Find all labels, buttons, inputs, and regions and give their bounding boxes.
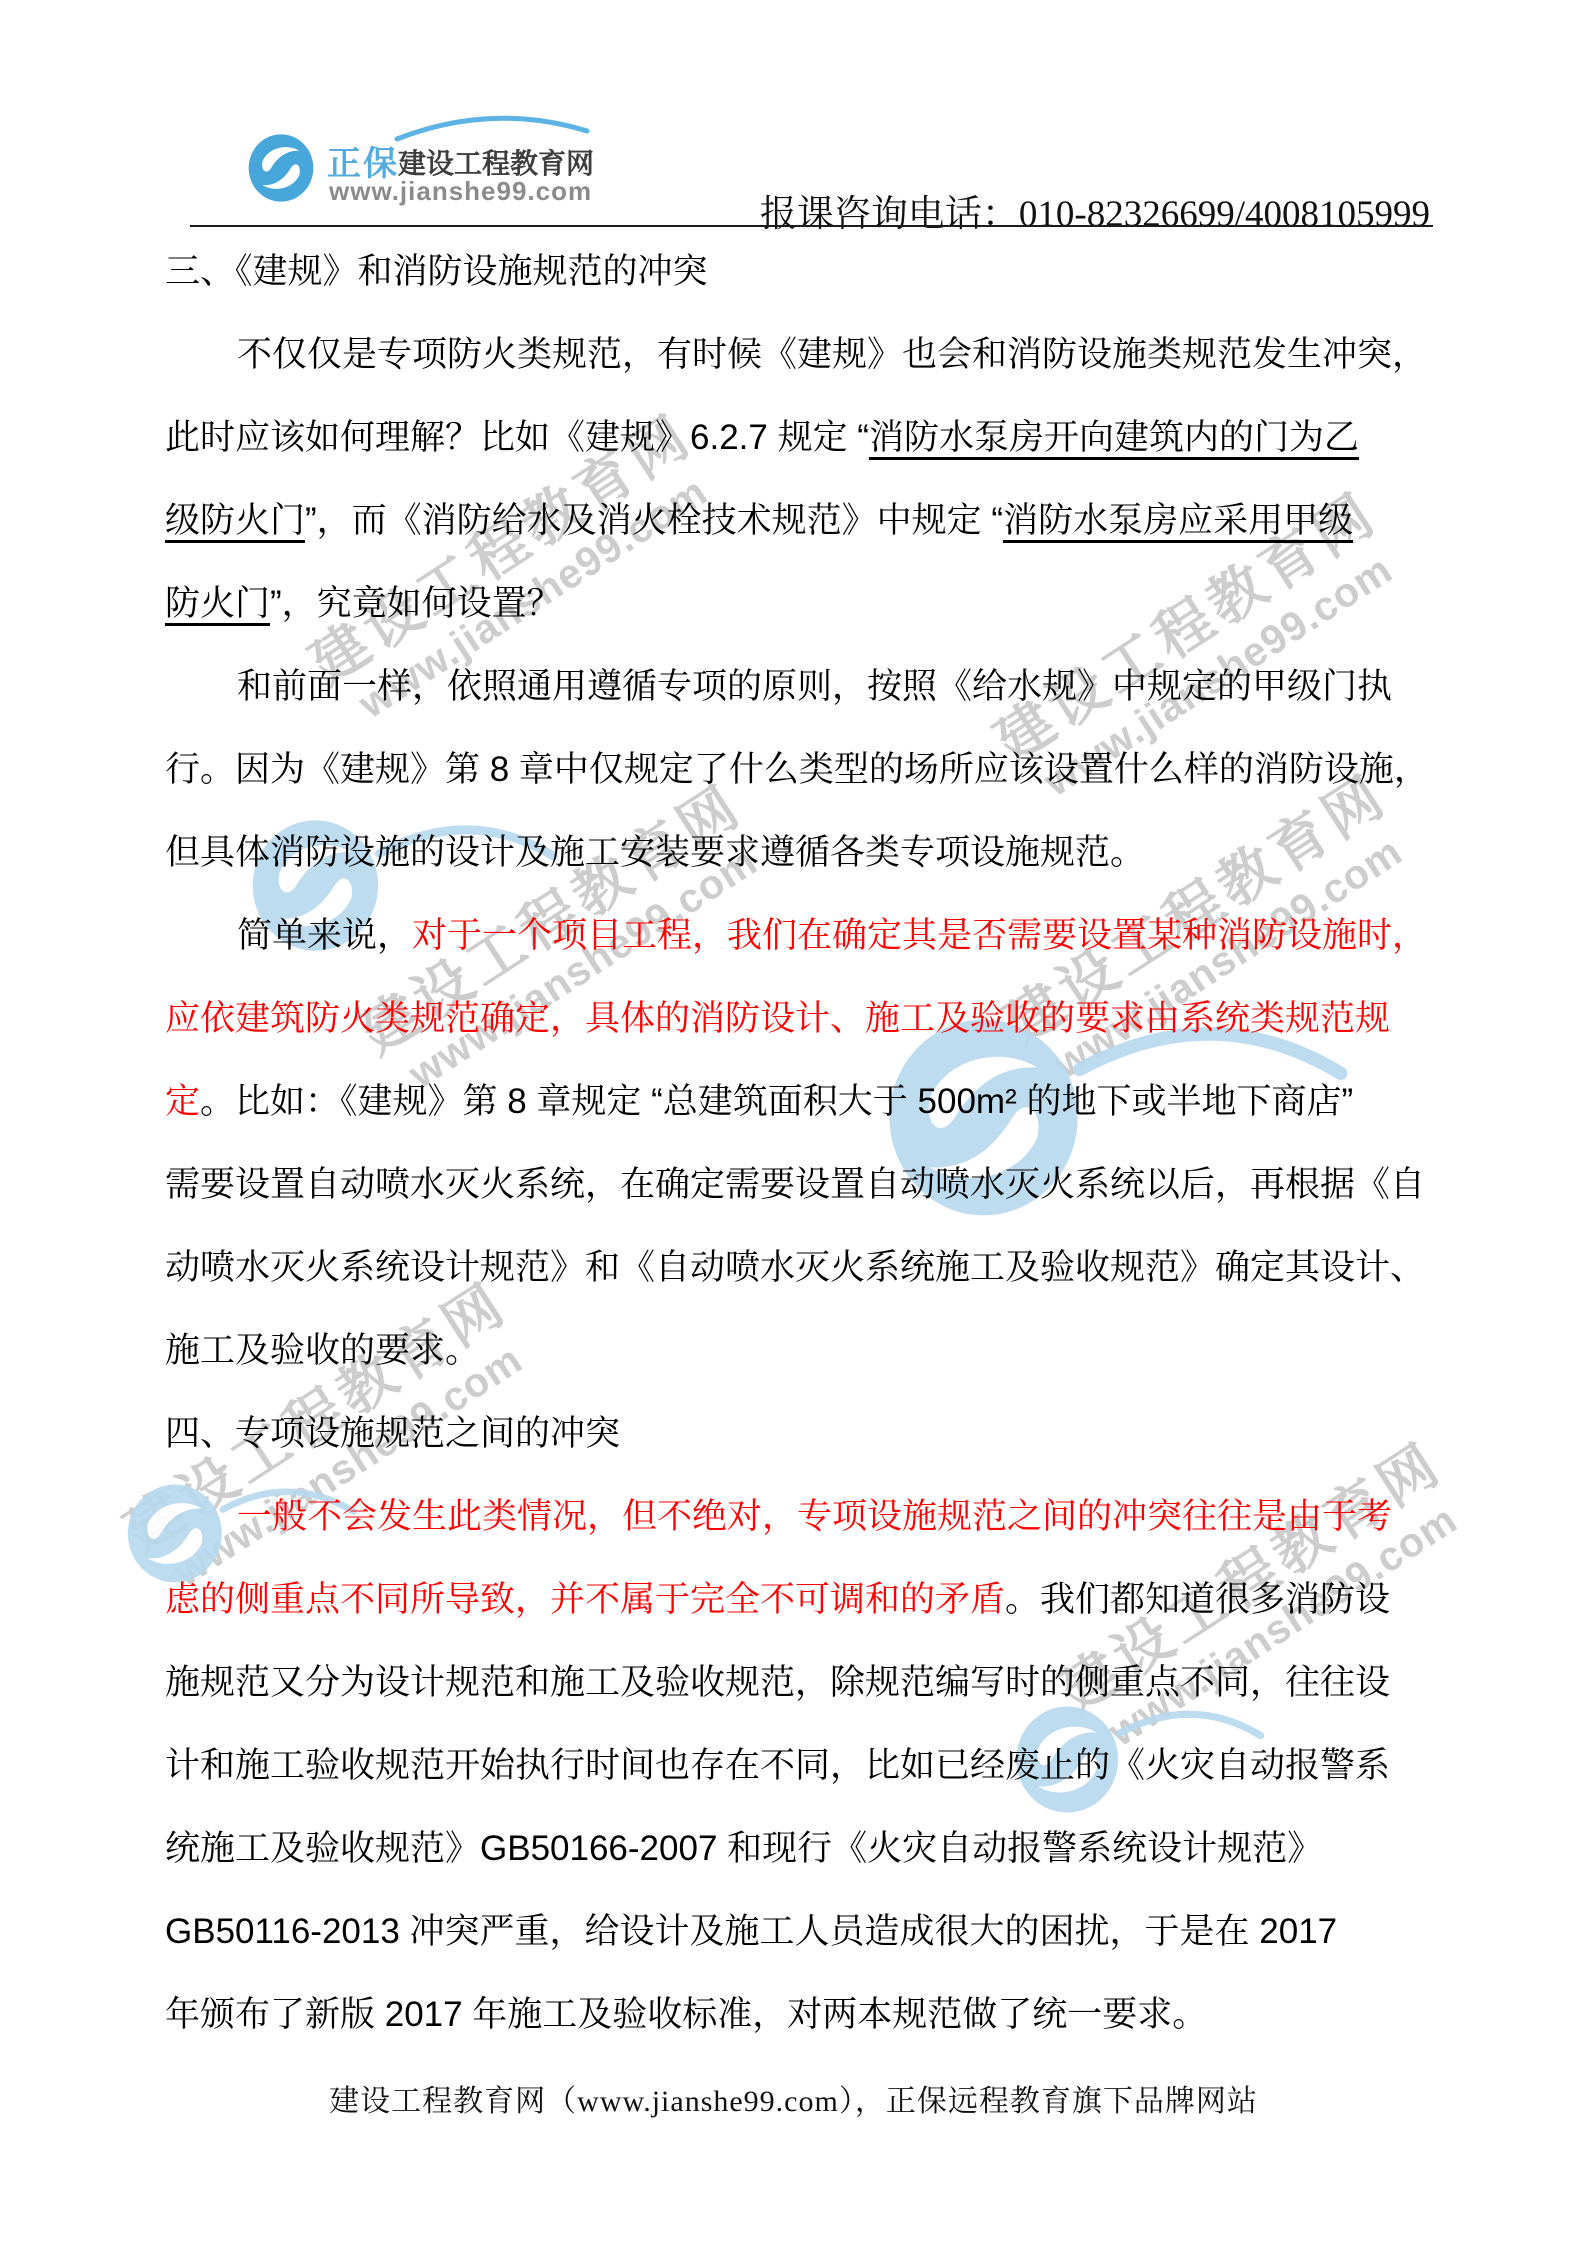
text-segment: 四、专项设施规范之间的冲突 (165, 1414, 620, 1453)
document-page: 建设工程教育网www.jianshe99.com建设工程教育网www.jians… (0, 0, 1587, 2245)
highlight-text-segment: 一般不会发生此类情况，但不绝对，专项设施规范之间的冲突往往是由于考 (237, 1497, 1392, 1536)
text-segment: 简单来说， (237, 916, 412, 955)
text-line: 应依建筑防火类规范确定，具体的消防设计、施工及验收的要求由系统类规范规 (165, 977, 1455, 1060)
underlined-text-segment: 级防火门 (165, 501, 305, 540)
text-segment: 和前面一样，依照通用遵循专项的原则，按照《给水规》中规定的甲级门执 (237, 667, 1392, 706)
text-line: 但具体消防设施的设计及施工安装要求遵循各类专项设施规范。 (165, 811, 1455, 894)
text-segment: 。比如：《建规》第 8 章规定 “总建筑面积大于 500m² 的地下或半地下商店… (200, 1082, 1353, 1121)
phone-info: 报课咨询电话：010-82326699/4008105999 (760, 183, 1430, 237)
text-line: 定。比如：《建规》第 8 章规定 “总建筑面积大于 500m² 的地下或半地下商… (165, 1060, 1455, 1143)
section-heading: 四、专项设施规范之间的冲突 (165, 1392, 1455, 1475)
highlight-text-segment: 虑的侧重点不同所导致，并不属于完全不可调和的矛盾 (165, 1580, 1005, 1619)
text-line: 虑的侧重点不同所导致，并不属于完全不可调和的矛盾。我们都知道很多消防设 (165, 1558, 1455, 1641)
text-segment: 统施工及验收规范》GB50166-2007 和现行《火灾自动报警系统设计规范》 (165, 1829, 1322, 1868)
text-segment: 不仅仅是专项防火类规范，有时候《建规》也会和消防设施类规范发生冲突， (237, 335, 1427, 374)
text-segment: 施规范又分为设计规范和施工及验收规范，除规范编写时的侧重点不同，往往设 (165, 1663, 1390, 1702)
text-segment: 年颁布了新版 2017 年施工及验收标准，对两本规范做了统一要求。 (165, 1995, 1207, 2034)
underlined-text-segment: 防火门 (165, 584, 270, 623)
text-segment: 动喷水灭火系统设计规范》和《自动喷水灭火系统施工及验收规范》确定其设计、 (165, 1248, 1425, 1287)
text-line: 不仅仅是专项防火类规范，有时候《建规》也会和消防设施类规范发生冲突， (165, 313, 1455, 396)
text-line: 计和施工验收规范开始执行时间也存在不同，比如已经废止的《火灾自动报警系 (165, 1724, 1455, 1807)
logo-arc-icon (394, 110, 590, 142)
text-line: 年颁布了新版 2017 年施工及验收标准，对两本规范做了统一要求。 (165, 1973, 1455, 2056)
text-line: 施规范又分为设计规范和施工及验收规范，除规范编写时的侧重点不同，往往设 (165, 1641, 1455, 1724)
text-segment: ”，而《消防给水及消火栓技术规范》中规定 “ (305, 501, 1003, 540)
text-line: 行。因为《建规》第 8 章中仅规定了什么类型的场所应该设置什么样的消防设施， (165, 728, 1455, 811)
highlight-text-segment: 对于一个项目工程，我们在确定其是否需要设置某种消防设施时， (412, 916, 1427, 955)
text-line: 防火门”，究竟如何设置？ (165, 562, 1455, 645)
text-line: 级防火门”，而《消防给水及消火栓技术规范》中规定 “消防水泵房应采用甲级 (165, 479, 1455, 562)
document-body: 三、《建规》和消防设施规范的冲突不仅仅是专项防火类规范，有时候《建规》也会和消防… (165, 230, 1455, 2056)
highlight-text-segment: 定 (165, 1082, 200, 1121)
text-segment: 此时应该如何理解？比如《建规》6.2.7 规定 “ (165, 418, 869, 457)
header-divider (190, 225, 1433, 227)
text-segment: 但具体消防设施的设计及施工安装要求遵循各类专项设施规范。 (165, 833, 1145, 872)
underlined-text-segment: 消防水泵房开向建筑内的门为乙 (869, 418, 1359, 457)
text-line: 需要设置自动喷水灭火系统，在确定需要设置自动喷水灭火系统以后，再根据《自 (165, 1143, 1455, 1226)
text-line: 和前面一样，依照通用遵循专项的原则，按照《给水规》中规定的甲级门执 (165, 645, 1455, 728)
text-segment: 。我们都知道很多消防设 (1005, 1580, 1390, 1619)
text-segment: 施工及验收的要求。 (165, 1331, 480, 1370)
text-line: 动喷水灭火系统设计规范》和《自动喷水灭火系统施工及验收规范》确定其设计、 (165, 1226, 1455, 1309)
text-segment: 三、《建规》和消防设施规范的冲突 (165, 252, 708, 291)
section-heading: 三、《建规》和消防设施规范的冲突 (165, 230, 1455, 313)
text-line: GB50116-2013 冲突严重，给设计及施工人员造成很大的困扰，于是在 20… (165, 1890, 1455, 1973)
page-footer: 建设工程教育网（www.jianshe99.com），正保远程教育旗下品牌网站 (0, 2076, 1587, 2120)
highlight-text-segment: 应依建筑防火类规范确定，具体的消防设计、施工及验收的要求由系统类规范规 (165, 999, 1390, 1038)
zb-logo-icon (248, 133, 314, 203)
text-line: 一般不会发生此类情况，但不绝对，专项设施规范之间的冲突往往是由于考 (165, 1475, 1455, 1558)
text-segment: GB50116-2013 冲突严重，给设计及施工人员造成很大的困扰，于是在 20… (165, 1912, 1337, 1951)
text-segment: 需要设置自动喷水灭火系统，在确定需要设置自动喷水灭火系统以后，再根据《自 (165, 1165, 1425, 1204)
brand-website: www.jianshe99.com (329, 176, 592, 207)
text-line: 此时应该如何理解？比如《建规》6.2.7 规定 “消防水泵房开向建筑内的门为乙 (165, 396, 1455, 479)
text-segment: 行。因为《建规》第 8 章中仅规定了什么类型的场所应该设置什么样的消防设施， (165, 750, 1429, 789)
text-segment: ”，究竟如何设置？ (270, 584, 562, 623)
text-line: 统施工及验收规范》GB50166-2007 和现行《火灾自动报警系统设计规范》 (165, 1807, 1455, 1890)
text-line: 简单来说，对于一个项目工程，我们在确定其是否需要设置某种消防设施时， (165, 894, 1455, 977)
text-segment: 计和施工验收规范开始执行时间也存在不同，比如已经废止的《火灾自动报警系 (165, 1746, 1390, 1785)
underlined-text-segment: 消防水泵房应采用甲级 (1003, 501, 1353, 540)
text-line: 施工及验收的要求。 (165, 1309, 1455, 1392)
